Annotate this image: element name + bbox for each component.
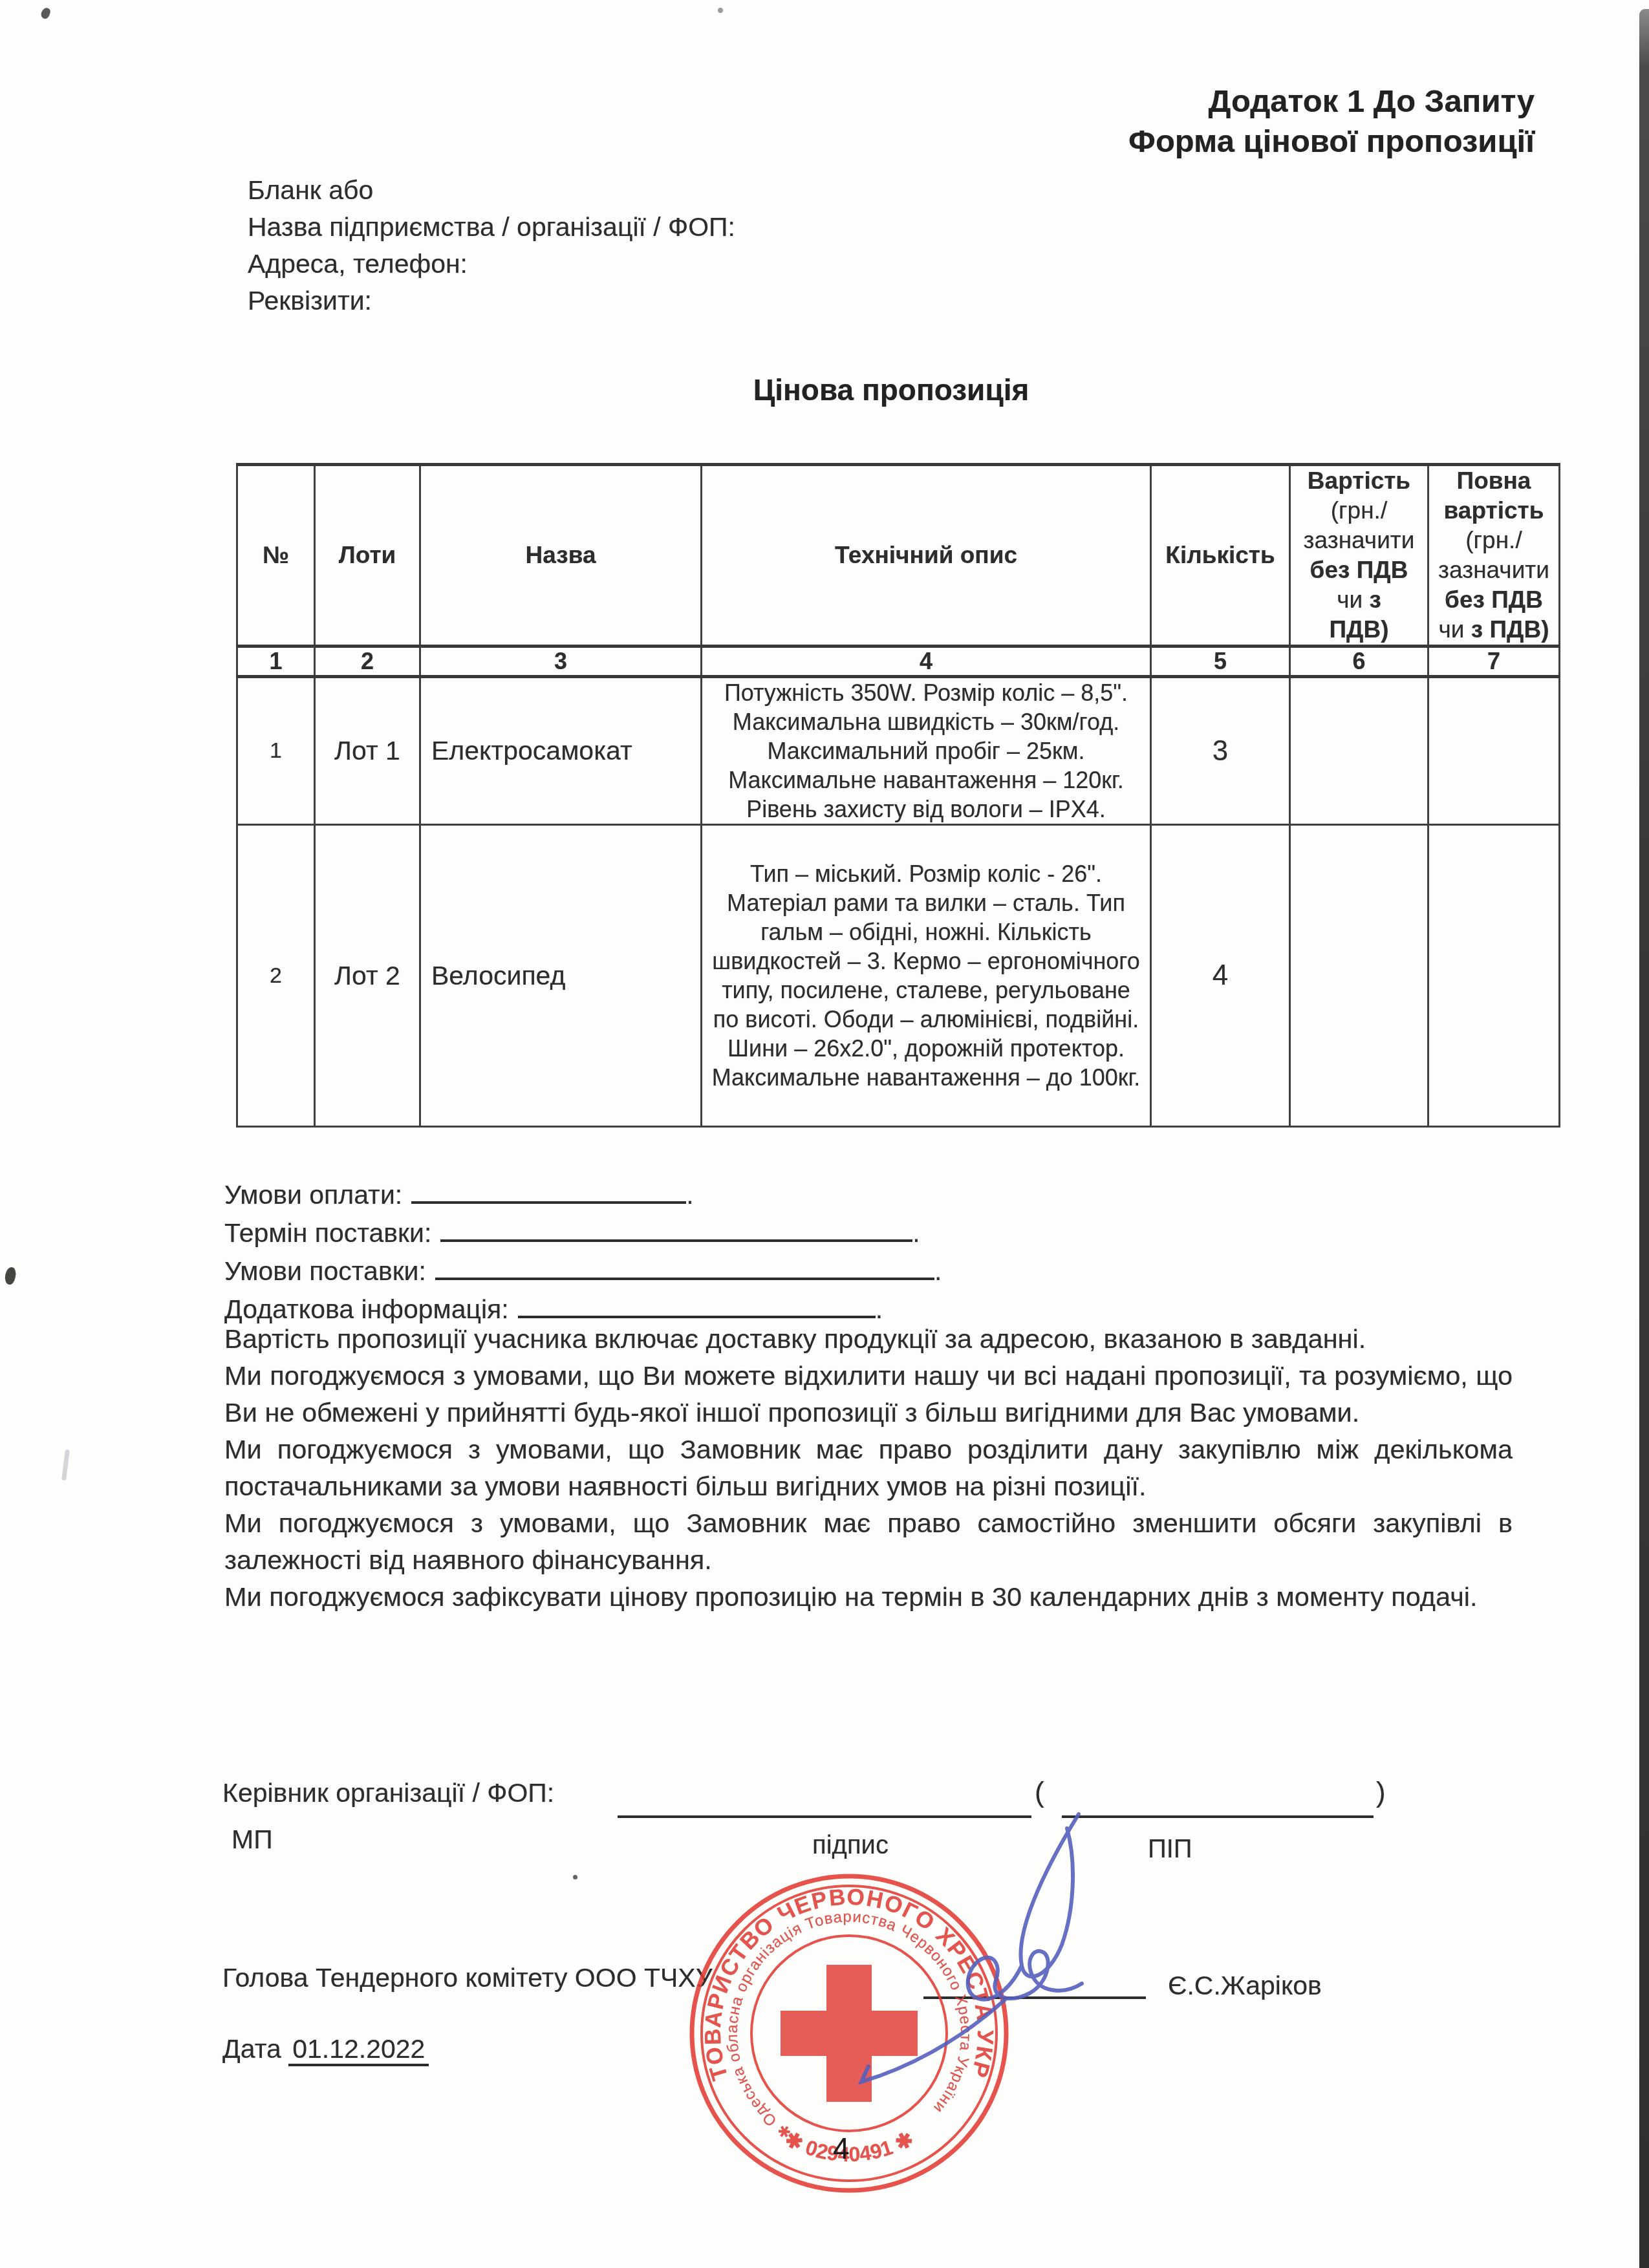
colnum-6: 6 bbox=[1290, 647, 1428, 677]
col-header-num: № bbox=[237, 465, 315, 647]
price-table: № Лоти Назва Технічний опис Кількість Ва… bbox=[236, 463, 1560, 1128]
row1-num: 1 bbox=[237, 677, 315, 825]
table-header-row: № Лоти Назва Технічний опис Кількість Ва… bbox=[237, 465, 1560, 647]
paragraph: Ми погоджуємося зафіксувати цінову пропо… bbox=[224, 1578, 1513, 1615]
colnum-1: 1 bbox=[237, 647, 315, 677]
date-line: Дата 01.12.2022 bbox=[222, 2034, 429, 2064]
col-header-qty: Кількість bbox=[1151, 465, 1290, 647]
paragraph: Ми погоджуємося з умовами, що Замовник м… bbox=[224, 1431, 1513, 1504]
head-of-org-label: Керівник організації / ФОП: bbox=[222, 1778, 554, 1808]
delivery-terms-label: Умови поставки: bbox=[224, 1256, 426, 1286]
appendix-line1: Додаток 1 До Запиту bbox=[1128, 81, 1535, 122]
page-title: Цінова пропозиція bbox=[248, 372, 1535, 407]
table-row: 2 Лот 2 Велосипед Тип – міський. Розмір … bbox=[237, 825, 1560, 1127]
row2-lot: Лот 2 bbox=[315, 825, 420, 1127]
scanner-edge-shadow bbox=[1639, 9, 1649, 2268]
signature-strokes bbox=[861, 1814, 1082, 2082]
delivery-time-line: Термін поставки:. bbox=[224, 1214, 942, 1252]
right-paren: ) bbox=[1376, 1777, 1386, 1809]
row1-name: Електросамокат bbox=[420, 677, 702, 825]
signature-tail bbox=[861, 1999, 1006, 2082]
delivery-time-blank bbox=[440, 1214, 912, 1242]
dot: . bbox=[912, 1218, 920, 1248]
delivery-terms-line: Умови поставки:. bbox=[224, 1252, 942, 1290]
date-label: Дата bbox=[222, 2034, 281, 2064]
tender-chairman-label: Голова Тендерного комітету ООО ТЧХУ bbox=[222, 1963, 713, 1993]
appendix-note: Додаток 1 До Запиту Форма цінової пропоз… bbox=[1128, 81, 1535, 162]
date-value: 01.12.2022 bbox=[288, 2034, 429, 2066]
row1-description: Потужність 350W. Розмір коліс – 8,5". Ма… bbox=[702, 677, 1151, 825]
paragraph: Вартість пропозиції учасника включає дос… bbox=[224, 1320, 1513, 1357]
handwritten-signature bbox=[744, 1759, 1164, 2121]
conditions-paragraphs: Вартість пропозиції учасника включає дос… bbox=[224, 1320, 1513, 1615]
scan-artifact bbox=[718, 8, 723, 13]
chairman-name: Є.С.Жаріков bbox=[1168, 1971, 1322, 2001]
dot: . bbox=[686, 1180, 693, 1210]
row2-total-empty bbox=[1428, 825, 1560, 1127]
row2-cost-empty bbox=[1290, 825, 1428, 1127]
payment-terms-line: Умови оплати:. bbox=[224, 1175, 942, 1214]
paragraph: Ми погоджуємося з умовами, що Ви можете … bbox=[224, 1357, 1513, 1431]
scanned-document-page: Додаток 1 До Запиту Форма цінової пропоз… bbox=[0, 0, 1649, 2268]
extra-info-blank bbox=[518, 1290, 876, 1318]
requisites-block: Бланк або Назва підприємства / організац… bbox=[248, 172, 735, 319]
scan-artifact bbox=[573, 1875, 577, 1879]
row2-num: 2 bbox=[237, 825, 315, 1127]
col-header-total-cost: Повна вартість (грн./ зазначити без ПДВ … bbox=[1428, 465, 1560, 647]
row2-quantity: 4 bbox=[1151, 825, 1290, 1127]
row1-total-empty bbox=[1428, 677, 1560, 825]
row2-name: Велосипед bbox=[420, 825, 702, 1127]
colnum-5: 5 bbox=[1151, 647, 1290, 677]
scan-artifact bbox=[3, 1267, 17, 1286]
paragraph: Ми погоджуємося з умовами, що Замовник м… bbox=[224, 1504, 1513, 1578]
col-header-lots: Лоти bbox=[315, 465, 420, 647]
scan-artifact bbox=[61, 1450, 70, 1481]
colnum-7: 7 bbox=[1428, 647, 1560, 677]
appendix-line2: Форма цінової пропозиції bbox=[1128, 122, 1535, 162]
payment-terms-label: Умови оплати: bbox=[224, 1180, 402, 1210]
delivery-terms-blank bbox=[435, 1252, 934, 1280]
col-header-name: Назва bbox=[420, 465, 702, 647]
dot: . bbox=[934, 1256, 942, 1286]
payment-terms-blank bbox=[411, 1175, 686, 1204]
terms-form: Умови оплати:. Термін поставки:. Умови п… bbox=[224, 1175, 942, 1328]
requisites-blank-or: Бланк або bbox=[248, 172, 735, 209]
row1-lot: Лот 1 bbox=[315, 677, 420, 825]
table-row: 1 Лот 1 Електросамокат Потужність 350W. … bbox=[237, 677, 1560, 825]
colnum-4: 4 bbox=[702, 647, 1151, 677]
colnum-3: 3 bbox=[420, 647, 702, 677]
colnum-2: 2 bbox=[315, 647, 420, 677]
row1-cost-empty bbox=[1290, 677, 1428, 825]
requisites-address-phone: Адреса, телефон: bbox=[248, 246, 735, 283]
requisites-details: Реквізити: bbox=[248, 283, 735, 319]
col-header-cost: Вартість (грн./ зазначити без ПДВ чи з П… bbox=[1290, 465, 1428, 647]
col-header-desc: Технічний опис bbox=[702, 465, 1151, 647]
page-number: 4 bbox=[833, 2131, 850, 2166]
requisites-company-name: Назва підприємства / організації / ФОП: bbox=[248, 209, 735, 246]
stamp-place-label: МП bbox=[232, 1824, 273, 1855]
row1-quantity: 3 bbox=[1151, 677, 1290, 825]
scan-artifact bbox=[40, 6, 52, 19]
row2-description: Тип – міський. Розмір коліс - 26". Матер… bbox=[702, 825, 1151, 1127]
column-numbers-row: 1 2 3 4 5 6 7 bbox=[237, 647, 1560, 677]
signature-big-loop bbox=[1020, 1814, 1079, 1976]
delivery-time-label: Термін поставки: bbox=[224, 1218, 431, 1248]
